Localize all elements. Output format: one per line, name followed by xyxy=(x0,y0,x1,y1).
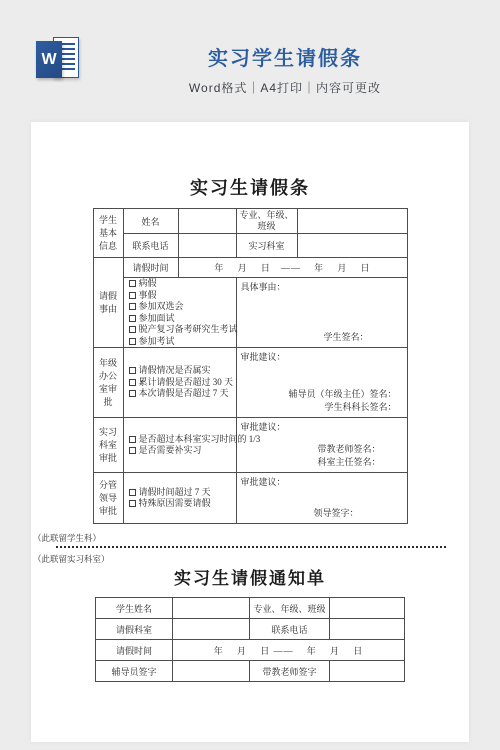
teacher-sign-value xyxy=(330,661,405,682)
checkbox-icon xyxy=(129,367,136,374)
student-section-chief-signature-label: 学生科科长签名： xyxy=(324,402,396,412)
checkbox-label: 请假情况是否属实 xyxy=(139,365,211,375)
student-info-group-label: 学生 基本 信息 xyxy=(93,209,123,258)
name-label: 姓名 xyxy=(123,209,178,234)
leader-advice-cell: 审批建议： 领导签字： xyxy=(236,473,407,524)
leave-request-table: 学生 基本 信息 姓名 专业、年级、 班级 联系电话 实习科室 请假 事由 请假… xyxy=(93,208,408,524)
dotted-cut-line xyxy=(56,546,446,548)
advice-label: 审批建议： xyxy=(241,475,286,488)
checkbox-icon xyxy=(129,489,136,496)
checkbox-label: 特殊原因需要请假 xyxy=(139,498,211,508)
leave-reason-group-label: 请假 事由 xyxy=(93,258,123,348)
student-name-label: 学生姓名 xyxy=(96,598,173,619)
checkbox-icon xyxy=(129,390,136,397)
checkbox-label: 本次请假是否超过 7 天 xyxy=(139,388,229,398)
counselor-signature-label: 辅导员（年级主任）签名： xyxy=(288,389,396,399)
template-banner: W 实习学生请假条 Word格式｜A4打印｜内容可更改 xyxy=(0,0,500,122)
keep-copy-student-section-label: （此联留学生科） xyxy=(33,533,469,543)
checkbox-icon xyxy=(129,436,136,443)
form2-title: 实习生请假通知单 xyxy=(31,564,469,589)
major-label: 专业、年级、 班级 xyxy=(236,209,297,234)
template-title: 实习学生请假条 xyxy=(70,42,500,71)
teacher-sign-label: 带教老师签字 xyxy=(250,661,330,682)
leave-dept-label: 请假科室 xyxy=(96,619,173,640)
phone-label: 联系电话 xyxy=(123,234,178,258)
leave-reason-checkbox-list: 病假 事假 参加双选会 参加面试 脱产复习备考研究生考试 参加考试 xyxy=(123,278,236,348)
document-page: 实习生请假条 学生 基本 信息 姓名 专业、年级、 班级 联系电话 实习科室 请… xyxy=(31,122,469,742)
checkbox-label: 是否需要补实习 xyxy=(139,445,202,455)
leader-signature-label: 领导签字： xyxy=(313,507,358,520)
advice-label: 审批建议： xyxy=(241,350,286,363)
template-subtitle: Word格式｜A4打印｜内容可更改 xyxy=(70,79,500,96)
leave-dept-value xyxy=(173,619,250,640)
checkbox-label: 事假 xyxy=(139,290,157,300)
checkbox-icon xyxy=(129,379,136,386)
contact-phone-value xyxy=(330,619,405,640)
checkbox-label: 病假 xyxy=(139,278,157,288)
phone-value xyxy=(178,234,236,258)
dept-label: 实习科室 xyxy=(236,234,297,258)
checkbox-label: 请假时间超过 7 天 xyxy=(139,487,211,497)
teaching-teacher-signature-label: 带教老师签名： xyxy=(317,444,380,454)
keep-copy-intern-dept-label: （此联留实习科室） xyxy=(33,554,469,564)
name-value xyxy=(178,209,236,234)
major-value xyxy=(297,209,407,234)
checkbox-icon xyxy=(129,303,136,310)
checkbox-icon xyxy=(129,447,136,454)
checkbox-icon xyxy=(129,500,136,507)
intern-dept-group-label: 实习 科室 审批 xyxy=(93,418,123,473)
intern-dept-checkbox-list: 是否超过本科室实习时间的 1/3 是否需要补实习 xyxy=(123,418,236,473)
form1-title: 实习生请假条 xyxy=(31,174,469,200)
dept-value xyxy=(297,234,407,258)
reason-detail-cell: 具体事由： 学生签名： xyxy=(236,278,407,348)
intern-dept-advice-cell: 审批建议： 带教老师签名： 科室主任签名： xyxy=(236,418,407,473)
advice-label: 审批建议： xyxy=(241,420,286,433)
checkbox-label: 脱产复习备考研究生考试 xyxy=(139,324,238,334)
checkbox-icon xyxy=(129,338,136,345)
student-signature-label: 学生签名： xyxy=(323,331,368,344)
word-icon: W xyxy=(36,37,82,83)
checkbox-label: 累计请假是否超过 30 天 xyxy=(139,377,234,387)
checkbox-label: 参加面试 xyxy=(139,313,175,323)
leave-time-value: 年 月 日 —— 年 月 日 xyxy=(178,258,407,278)
counselor-sign-label: 辅导员签字 xyxy=(96,661,173,682)
dept-director-signature-label: 科室主任签名： xyxy=(317,457,380,467)
contact-phone-label: 联系电话 xyxy=(250,619,330,640)
leave-time-label: 请假时间 xyxy=(96,640,173,661)
word-icon-letter: W xyxy=(36,41,62,78)
grade-office-advice-cell: 审批建议： 辅导员（年级主任）签名： 学生科科长签名： xyxy=(236,348,407,418)
grade-office-group-label: 年级 办公 室审 批 xyxy=(93,348,123,418)
leave-notice-table: 学生姓名 专业、年级、班级 请假科室 联系电话 请假时间 年 月 日 —— 年 … xyxy=(95,597,405,682)
checkbox-icon xyxy=(129,326,136,333)
checkbox-icon xyxy=(129,292,136,299)
checkbox-label: 参加考试 xyxy=(139,336,175,346)
checkbox-label: 参加双选会 xyxy=(139,301,184,311)
major-grade-class-label: 专业、年级、班级 xyxy=(250,598,330,619)
leader-checkbox-list: 请假时间超过 7 天 特殊原因需要请假 xyxy=(123,473,236,524)
student-name-value xyxy=(173,598,250,619)
leave-time-value: 年 月 日 —— 年 月 日 xyxy=(173,640,405,661)
leader-group-label: 分管 领导 审批 xyxy=(93,473,123,524)
checkbox-icon xyxy=(129,280,136,287)
leave-time-label: 请假时间 xyxy=(123,258,178,278)
checkbox-icon xyxy=(129,315,136,322)
counselor-sign-value xyxy=(173,661,250,682)
grade-office-checkbox-list: 请假情况是否属实 累计请假是否超过 30 天 本次请假是否超过 7 天 xyxy=(123,348,236,418)
detail-label: 具体事由： xyxy=(241,280,286,293)
major-grade-class-value xyxy=(330,598,405,619)
